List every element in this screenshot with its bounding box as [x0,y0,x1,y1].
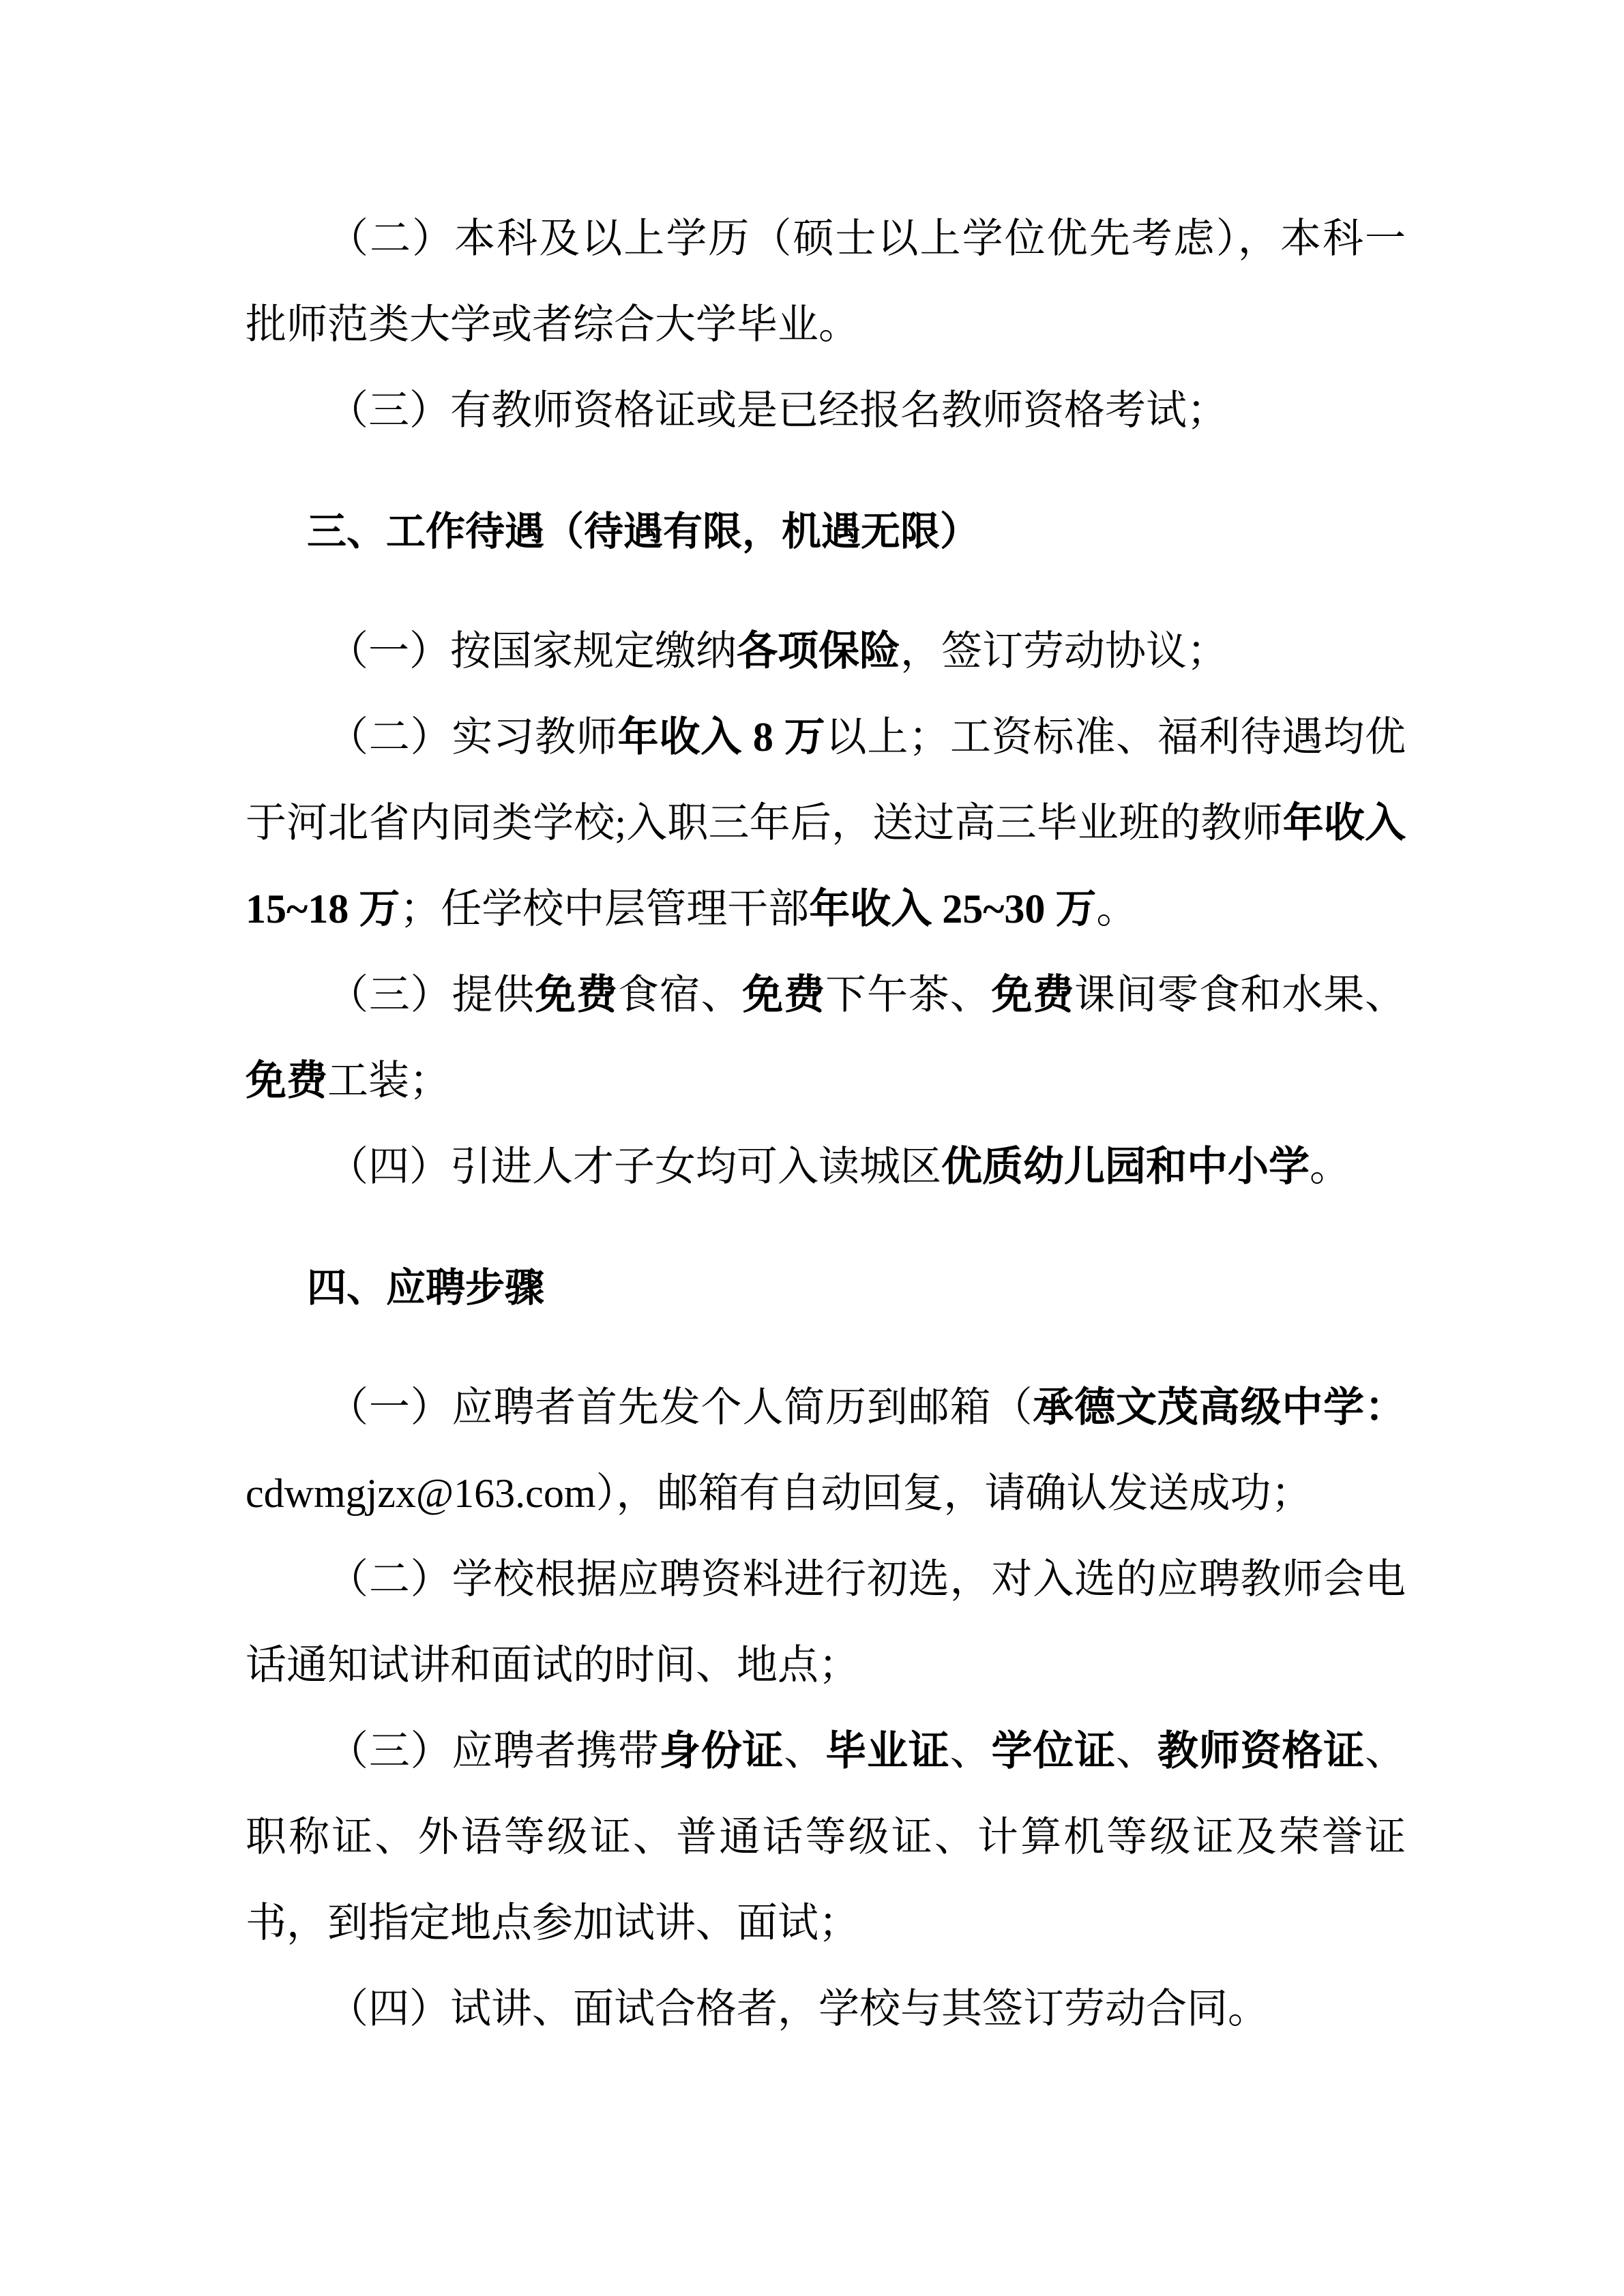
text-run: （一）按国家规定缴纳 [327,629,737,674]
text-run: 课间零食和水果、 [1074,972,1406,1017]
text-run: 工装； [327,1058,450,1103]
text-run: 优质幼儿园和中小学 [941,1144,1310,1189]
paragraph: （四）引进人才子女均可入读城区优质幼儿园和中小学。 [246,1124,1406,1210]
text-run: 免费 [742,972,825,1017]
text-run: （二）学校根据应聘资料进行初选，对入选的应聘教师会电话通知试讲和面试的时间、地点… [246,1557,1406,1688]
text-run: 免费 [991,972,1074,1017]
text-run: 。 [1310,1144,1350,1189]
paragraph: （三）有教师资格证或是已经报名教师资格考试； [246,368,1406,453]
text-run: 。 [1096,886,1137,931]
text-run: 承德文茂高级中学： [1033,1385,1406,1430]
text-run: 、 [950,1729,992,1774]
text-run: （四）试讲、面试合格者，学校与其签订劳动合同。 [327,1986,1269,2031]
text-run: 四、应聘步骤 [307,1266,544,1310]
text-run: 学位证 [991,1729,1116,1774]
paragraph: （四）试讲、面试合格者，学校与其签订劳动合同。 [246,1966,1406,2052]
text-run: 年收入 8 万 [618,715,826,760]
text-run: 下午茶、 [825,972,991,1017]
paragraph: （一）应聘者首先发个人简历到邮箱（承德文茂高级中学：cdwmgjzx@163.c… [246,1365,1406,1536]
document-content: （二）本科及以上学历（硕士以上学位优先考虑），本科一批师范类大学或者综合大学毕业… [246,196,1406,2052]
text-run: 、 [784,1729,825,1774]
text-run: 三、工作待遇（待遇有限，机遇无限） [307,509,979,554]
text-run: ；任学校中层管理干部 [400,886,809,931]
text-run: （二）本科及以上学历（硕士以上学位优先考虑），本科一批师范类大学或者综合大学毕业… [246,216,1406,347]
text-run: 教师资格证 [1157,1729,1365,1774]
paragraph: （一）按国家规定缴纳各项保险，签订劳动协议； [246,608,1406,694]
section-heading: 三、工作待遇（待遇有限，机遇无限） [246,489,1406,575]
text-run: ，签订劳动协议； [900,629,1228,674]
paragraph: （二）本科及以上学历（硕士以上学位优先考虑），本科一批师范类大学或者综合大学毕业… [246,196,1406,368]
paragraph: （三）提供免费食宿、免费下午茶、免费课间零食和水果、免费工装； [246,952,1406,1124]
text-run: 免费 [535,972,618,1017]
text-run: （四）引进人才子女均可入读城区 [327,1144,941,1189]
paragraph: （二）实习教师年收入 8 万以上；工资标准、福利待遇均优于河北省内同类学校;入职… [246,694,1406,952]
text-run: 免费 [246,1058,327,1103]
text-run: （三）应聘者携带 [327,1729,660,1774]
text-run: 毕业证 [825,1729,950,1774]
text-run: 身份证 [660,1729,784,1774]
text-run: cdwmgjzx@163.com），邮箱有自动回复，请确认发送成功； [246,1471,1312,1516]
text-run: （三）有教师资格证或是已经报名教师资格考试； [327,388,1228,433]
text-run: （二）实习教师 [327,715,618,760]
text-run: （三）提供 [327,972,535,1017]
paragraph: （二）学校根据应聘资料进行初选，对入选的应聘教师会电话通知试讲和面试的时间、地点… [246,1536,1406,1708]
text-run: 各项保险 [737,629,900,674]
document-page: （二）本科及以上学历（硕士以上学位优先考虑），本科一批师范类大学或者综合大学毕业… [0,0,1624,2296]
text-run: （一）应聘者首先发个人简历到邮箱（ [327,1385,1033,1430]
text-run: 、 [1116,1729,1157,1774]
text-run: 年收入 25~30 万 [809,886,1096,931]
text-run: 食宿、 [618,972,743,1017]
paragraph: （三）应聘者携带身份证、毕业证、学位证、教师资格证、职称证、外语等级证、普通话等… [246,1708,1406,1966]
section-heading: 四、应聘步骤 [246,1245,1406,1331]
